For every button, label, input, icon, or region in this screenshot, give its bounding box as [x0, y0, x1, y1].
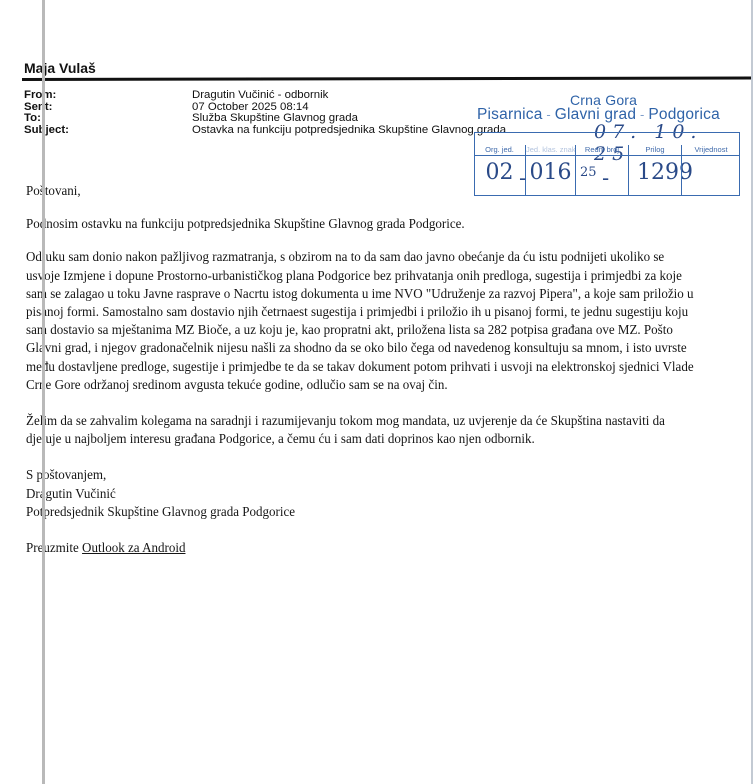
resignation-statement: Podnosim ostavku na funkciju potpredsjed…	[26, 216, 696, 234]
stamp-column-header: Org. jed.	[474, 145, 525, 156]
stamp-column-attachment: Prilog 1299	[628, 145, 681, 195]
mailbox-owner-name: Maja Vulaš	[24, 60, 96, 76]
header-label: Subject:	[24, 125, 192, 137]
scan-artifact-right-line	[751, 0, 753, 784]
stamp-dash: -	[602, 166, 609, 190]
scanned-email-page: Maja Vulaš From: Dragutin Vučinić - odbo…	[0, 0, 756, 784]
reasoning-paragraph: Odluku sam donio nakon pažljivog razmatr…	[26, 249, 696, 395]
stamp-column-header: Prilog	[629, 145, 681, 156]
stamp-column-value-col: Vrijednost	[681, 145, 740, 195]
stamp-office-part1: Pisarnica	[477, 106, 543, 123]
header-from: From: Dragutin Vučinić - odbornik	[24, 90, 506, 102]
footer-prefix: Preuzmite	[26, 541, 82, 556]
email-body: Poštovani, Podnosim ostavku na funkciju …	[26, 183, 696, 576]
header-label: From:	[24, 90, 192, 102]
stamp-column-value: 016	[526, 156, 575, 190]
header-to: To: Služba Skupštine Glavnog grada	[24, 113, 506, 125]
scan-artifact-left-line	[42, 0, 45, 784]
stamp-dash: -	[519, 166, 526, 190]
stamp-column-header: Redni broj	[576, 145, 628, 156]
stamp-column-value: 1299	[629, 156, 681, 190]
header-to-value: Služba Skupštine Glavnog grada	[192, 113, 358, 125]
stamp-office-sep: -	[543, 107, 555, 122]
stamp-column-header: Jed. klas. znak	[526, 145, 575, 156]
header-from-value: Dragutin Vučinić - odbornik	[192, 90, 328, 102]
header-label: To:	[24, 113, 192, 125]
stamp-column-class: Jed. klas. znak 016	[525, 145, 575, 195]
thanks-paragraph: Želim da se zahvalim kolegama na saradnj…	[26, 413, 696, 449]
signature-block: S poštovanjem, Dragutin Vučinić Potpreds…	[26, 467, 696, 522]
closing: S poštovanjem,	[26, 467, 696, 485]
registry-stamp: Crna Gora Pisarnica - Glavni grad - Podg…	[474, 92, 744, 206]
stamp-column-header: Vrijednost	[682, 145, 740, 156]
header-label: Sent:	[24, 102, 192, 114]
signer-title: Potpredsjednik Skupštine Glavnog grada P…	[26, 504, 696, 522]
header-subject: Subject: Ostavka na funkciju potpredsjed…	[24, 125, 506, 137]
header-divider	[22, 76, 752, 81]
email-headers: From: Dragutin Vučinić - odbornik Sent: …	[24, 90, 506, 136]
header-subject-value: Ostavka na funkciju potpredsjednika Skup…	[192, 125, 506, 137]
stamp-column-org: Org. jed. 02	[474, 145, 525, 195]
signer-name: Dragutin Vučinić	[26, 486, 696, 504]
stamp-office-sep: -	[636, 107, 648, 122]
stamp-column-value: 02	[474, 156, 525, 190]
outlook-android-link[interactable]: Outlook za Android	[82, 541, 185, 556]
mobile-footer: Preuzmite Outlook za Android	[26, 540, 696, 558]
